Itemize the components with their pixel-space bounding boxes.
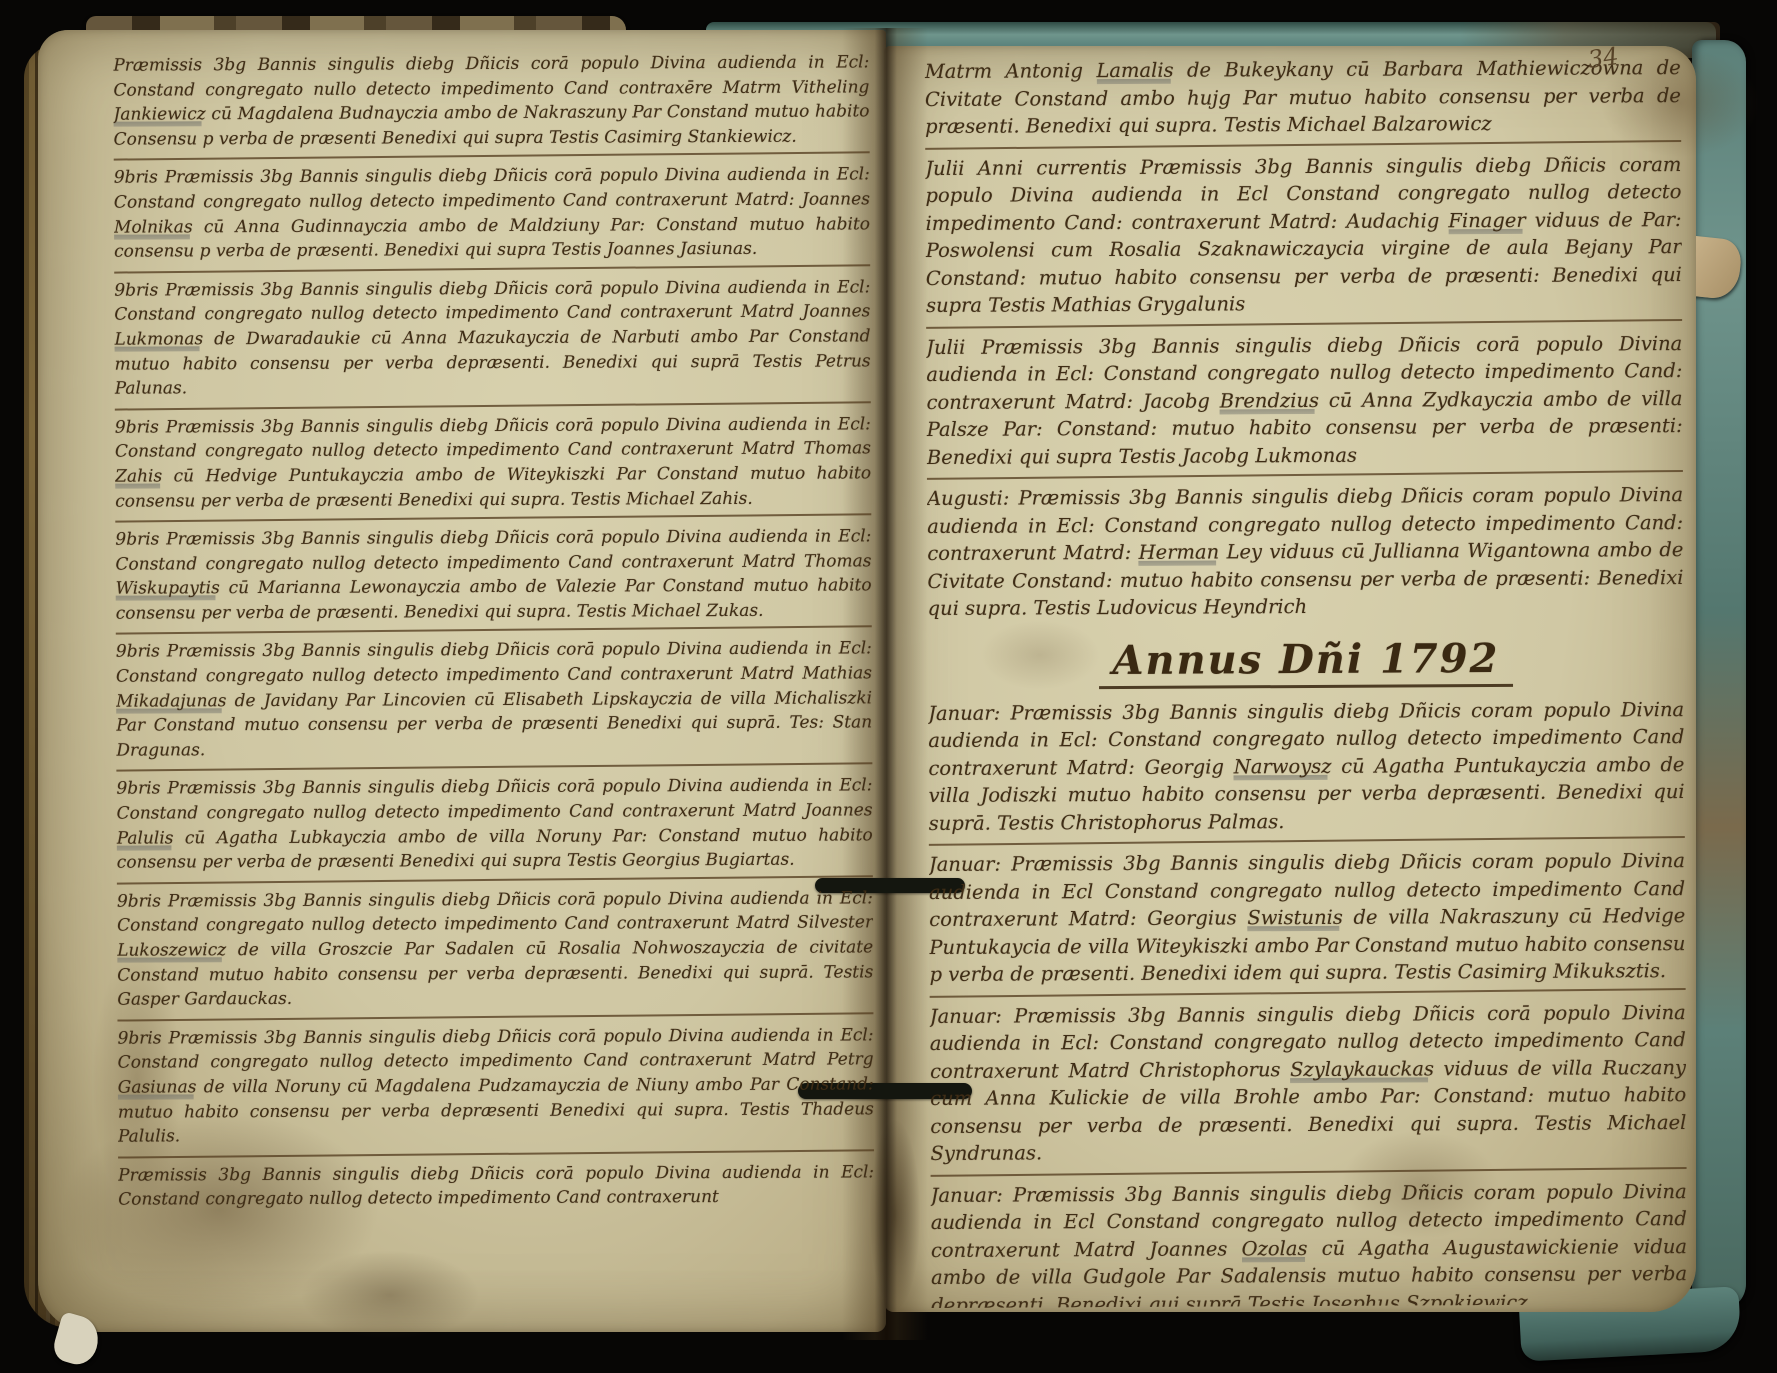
entry-text-run: Præmissis 3bg Bannis singulis diebg Dñic… xyxy=(118,1162,874,1210)
left-page-entries: 6.Præmissis 3bg Bannis singulis diebg Dñ… xyxy=(113,48,874,1313)
register-entry: 24.Julii Anni currentis Præmissis 3bg Ba… xyxy=(925,151,1682,320)
pencil-underlined-name: Finager xyxy=(1448,208,1525,233)
entry-text-run: cū Agatha Lubkayczia ambo de villa Norun… xyxy=(117,825,873,873)
entry-separator xyxy=(113,626,874,636)
entry-separator xyxy=(113,401,874,411)
pencil-underlined-name: Szylaykauckas xyxy=(1290,1057,1434,1083)
register-entry: 6.9bris Præmissis 3bg Bannis singulis di… xyxy=(114,163,870,265)
entry-separator xyxy=(925,139,1688,149)
register-entry: 13.9bris Præmissis 3bg Bannis singulis d… xyxy=(116,637,873,763)
register-entry: 8.Januar: Præmissis 3bg Bannis singulis … xyxy=(928,696,1685,837)
entry-separator xyxy=(113,1149,874,1159)
entry-separator xyxy=(925,470,1688,480)
register-entry: 29.Januar: Præmissis 3bg Bannis singulis… xyxy=(930,999,1687,1168)
pencil-underlined-name: Lukoszewicz xyxy=(117,940,226,962)
right-page-1792-entries: 8.Januar: Præmissis 3bg Bannis singulis … xyxy=(928,696,1687,1308)
register-entry: 24.Julii Præmissis 3bg Bannis singulis d… xyxy=(926,330,1683,471)
right-page-1791-entries: Matrm Antonig Lamalis de Bukeykany cū Ba… xyxy=(925,54,1684,622)
year-heading: Annus Dñi 1792 xyxy=(1098,635,1513,688)
pencil-underlined-name: Brendzius xyxy=(1220,388,1319,414)
entry-separator xyxy=(925,318,1688,328)
pencil-underlined-name: Swistunis xyxy=(1247,906,1343,931)
entry-text-run: de villa Noruny cū Magdalena Pudzamayczi… xyxy=(118,1074,874,1146)
pencil-underlined-name: Molnikas xyxy=(114,217,193,239)
pencil-underlined-name: Narwoysz xyxy=(1234,754,1332,780)
pencil-underlined-name: Wiskupaytis xyxy=(116,578,220,600)
entry-separator xyxy=(113,875,874,885)
entry-separator xyxy=(113,513,874,523)
register-entry: 13.9bris Præmissis 3bg Bannis singulis d… xyxy=(118,1023,875,1149)
pencil-underlined-name: Zahis xyxy=(115,466,162,488)
book-cover-right-edge xyxy=(1692,40,1746,1310)
pencil-underlined-name: Lamalis xyxy=(1096,59,1173,84)
entry-text-run: 9bris Præmissis 3bg Bannis singulis dieb… xyxy=(114,277,870,325)
entry-separator xyxy=(113,763,874,773)
year-heading-wrap: Annus Dñi 1792 xyxy=(928,635,1684,690)
register-entry: Matrm Antonig Lamalis de Bukeykany cū Ba… xyxy=(925,54,1681,140)
pencil-underlined-name: Palulis xyxy=(117,828,174,850)
entry-text-run: cū Magdalena Budnayczia ambo de Nakraszu… xyxy=(114,102,870,150)
register-entry: 23Augusti: Præmissis 3bg Bannis singulis… xyxy=(927,481,1684,622)
entry-text-run: 9bris Præmissis 3bg Bannis singulis dieb… xyxy=(116,776,872,824)
entry-text-run: cū Marianna Lewonayczia ambo de Valezie … xyxy=(116,576,872,624)
entry-text-run: 9bris Præmissis 3bg Bannis singulis dieb… xyxy=(117,888,873,936)
entry-text-run: 9bris Præmissis 3bg Bannis singulis dieb… xyxy=(114,165,870,213)
entry-text-run: cū Anna Gudinnayczia ambo de Maldziuny P… xyxy=(114,214,870,262)
entry-separator xyxy=(113,152,874,162)
entry-text-run: 9bris Præmissis 3bg Bannis singulis dieb… xyxy=(115,414,871,462)
pencil-underlined-name: Ozolas xyxy=(1242,1237,1308,1262)
entry-text-run: 9bris Præmissis 3bg Bannis singulis dieb… xyxy=(115,526,871,574)
register-entry: 13.9bris Præmissis 3bg Bannis singulis d… xyxy=(115,524,871,626)
pencil-underlined-name: Gasiunas xyxy=(118,1077,197,1099)
right-page-entries: Matrm Antonig Lamalis de Bukeykany cū Ba… xyxy=(925,52,1688,1308)
pencil-underlined-name: Herman xyxy=(1139,540,1220,565)
register-entry: 8.Januar: Præmissis 3bg Bannis singulis … xyxy=(929,847,1686,988)
entry-separator xyxy=(113,264,874,274)
entry-text-run: Præmissis 3bg Bannis singulis diebg Dñic… xyxy=(113,52,869,100)
entry-text-run: 9bris Præmissis 3bg Bannis singulis dieb… xyxy=(116,639,872,687)
entry-text-run: cū Hedvige Puntukayczia ambo de Witeykis… xyxy=(115,463,871,511)
pencil-underlined-name: Lukmonas xyxy=(114,329,203,351)
entry-separator xyxy=(113,1012,874,1022)
register-entry: 13.9bris Præmissis 3bg Bannis singulis d… xyxy=(114,275,871,401)
register-entry: 6.Præmissis 3bg Bannis singulis diebg Dñ… xyxy=(113,50,869,152)
register-entry: 13.9bris Præmissis 3bg Bannis singulis d… xyxy=(116,774,872,876)
entry-text-run: Matrm Antonig xyxy=(925,59,1097,83)
page-number: 34 xyxy=(1586,42,1620,74)
register-entry: 13.9bris Præmissis 3bg Bannis singulis d… xyxy=(117,886,874,1012)
entry-separator xyxy=(925,987,1688,997)
entry-separator xyxy=(925,836,1688,846)
pencil-underlined-name: Jankiewicz xyxy=(113,104,205,126)
entry-text-run: de Dwaradaukie cū Anna Mazukayczia de Na… xyxy=(115,326,871,398)
register-entry: 13.Præmissis 3bg Bannis singulis diebg D… xyxy=(118,1160,874,1212)
entry-separator xyxy=(925,1166,1688,1176)
pencil-underlined-name: Mikadajunas xyxy=(116,691,226,713)
register-entry: 13.9bris Præmissis 3bg Bannis singulis d… xyxy=(115,412,871,514)
entry-text-run: 9bris Præmissis 3bg Bannis singulis dieb… xyxy=(118,1025,874,1073)
register-entry: 30Januar: Præmissis 3bg Bannis singulis … xyxy=(931,1178,1688,1308)
entry-text-run: de villa Groszcie Par Sadalen cū Rosalia… xyxy=(117,937,873,1009)
entry-text-run: de Javidany Par Lincovien cū Elisabeth L… xyxy=(116,688,872,760)
